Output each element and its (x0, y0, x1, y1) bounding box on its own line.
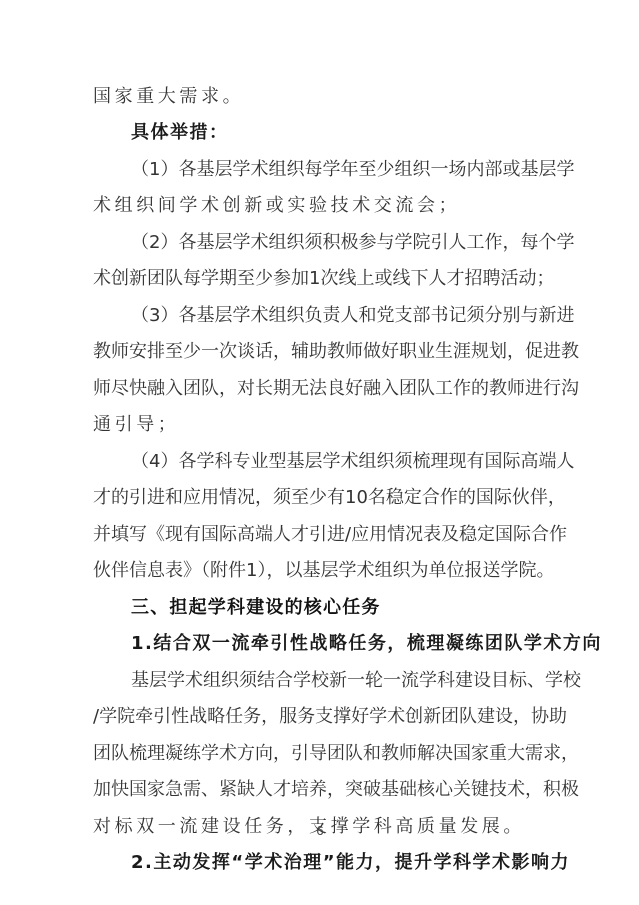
measure-2-line: 术创新团队每学期至少参加1次线上或线下人才招聘活动； (93, 267, 548, 291)
paragraph-line: 国家重大需求。 (93, 85, 548, 109)
measure-1-line: （1）各基层学术组织每学年至少组织一场内部或基层学 (131, 158, 548, 182)
measure-4-line: 才的引进和应用情况，须至少有10名稳定合作的国际伙伴， (93, 486, 548, 510)
measure-3-line: 师尽快融入团队，对长期无法良好融入团队工作的教师进行沟 (93, 377, 548, 401)
subsection-heading-1: 1.结合双一流牵引性战略任务，梳理凝练团队学术方向 (131, 632, 548, 656)
paragraph-line: 加快国家急需、紧缺人才培养，突破基础核心关键技术，积极 (93, 778, 548, 802)
measure-1-line: 术组织间学术创新或实验技术交流会； (93, 194, 548, 218)
paragraph-line: 基层学术组织须结合学校新一轮一流学科建设目标、学校 (131, 669, 548, 693)
measure-3-line: 教师安排至少一次谈话，辅助教师做好职业生涯规划，促进教 (93, 340, 548, 364)
document-page: 国家重大需求。 具体举措： （1）各基层学术组织每学年至少组织一场内部或基层学 … (0, 0, 639, 905)
measure-3-line: 通引导； (93, 413, 548, 437)
section-heading: 三、担起学科建设的核心任务 (131, 596, 548, 620)
measure-4-line: 伙伴信息表》（附件1），以基层学术组织为单位报送学院。 (93, 559, 548, 583)
subsection-heading-2: 2.主动发挥“学术治理”能力，提升学科学术影响力 (131, 851, 548, 875)
paragraph-line: 团队梳理凝练学术方向，引导团队和教师解决国家重大需求， (93, 742, 548, 766)
paragraph-line: /学院牵引性战略任务，服务支撑好学术创新团队建设，协助 (93, 705, 548, 729)
measure-4-line: 并填写《现有国际高端人才引进/应用情况表及稳定国际合作 (93, 523, 548, 547)
measure-4-line: （4）各学科专业型基层学术组织须梳理现有国际高端人 (131, 450, 548, 474)
measure-3-line: （3）各基层学术组织负责人和党支部书记须分别与新进 (131, 304, 548, 328)
page-number: 6 (312, 823, 328, 838)
measure-2-line: （2）各基层学术组织须积极参与学院引人工作，每个学 (131, 231, 548, 255)
subheading-measures: 具体举措： (131, 121, 548, 145)
